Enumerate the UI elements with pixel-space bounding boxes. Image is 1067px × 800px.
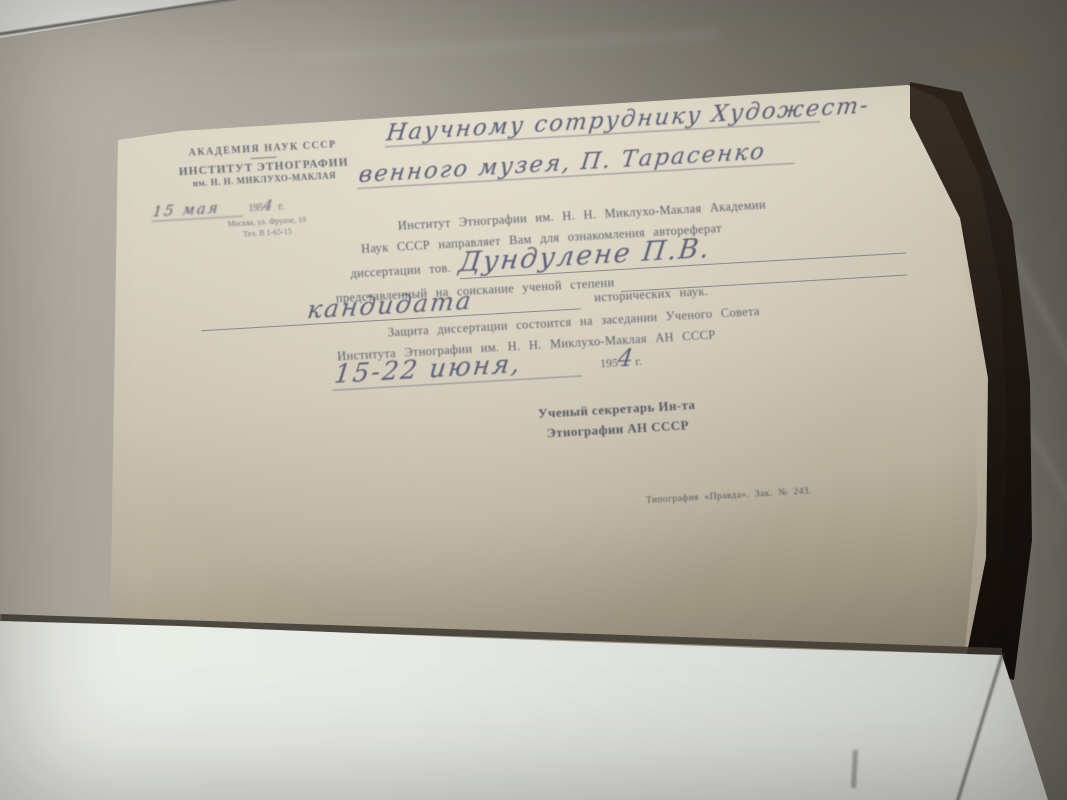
letterhead-year-printed: 195 (248, 202, 264, 214)
degree-handwritten: кандидата (306, 285, 475, 324)
defense-year-suffix: г. (635, 354, 642, 369)
letterhead-year-suffix: г. (278, 201, 284, 212)
letterhead-rule (250, 157, 276, 159)
letterhead-year-handwritten: 4 (263, 198, 276, 215)
degree-suffix: исторических наук. (594, 284, 709, 306)
wood-grain-streak (300, 29, 720, 61)
body-p1-line3-prefix: диссертации тов. (349, 249, 451, 282)
wood-grain-smudge (955, 48, 1035, 68)
photo-of-document: АКАДЕМИЯ НАУК СССР ИНСТИТУТ ЭТНОГРАФИИ и… (0, 0, 1067, 800)
typography-imprint: Типография «Правда». Зак. № 243. (646, 486, 812, 506)
signature-block: Ученый секретарь Ин-та Этнографии АН ССС… (476, 393, 758, 445)
defense-year-handwritten: 4 (616, 343, 637, 372)
document-text-layer: АКАДЕМИЯ НАУК СССР ИНСТИТУТ ЭТНОГРАФИИ и… (130, 85, 1001, 692)
letterhead-block: АКАДЕМИЯ НАУК СССР ИНСТИТУТ ЭТНОГРАФИИ и… (145, 137, 385, 244)
letterhead-date-handwritten: 15 мая (151, 197, 245, 221)
table-surface-highlight (0, 0, 250, 60)
